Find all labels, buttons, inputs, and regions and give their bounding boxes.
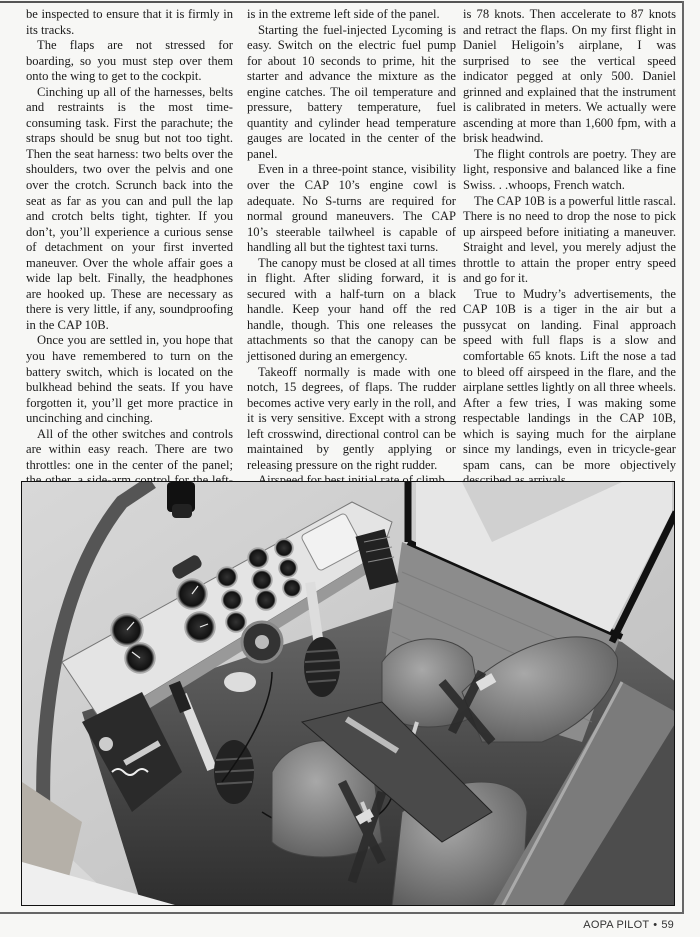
text-column-1: be inspected to ensure that it is firmly… bbox=[26, 7, 233, 505]
paragraph: The canopy must be closed at all times i… bbox=[247, 256, 456, 365]
right-rule bbox=[682, 1, 684, 914]
top-rule bbox=[0, 1, 684, 3]
paragraph: Even in a three-point stance, visibility… bbox=[247, 162, 456, 255]
paragraph: The flight controls are poetry. They are… bbox=[463, 147, 676, 194]
paragraph: Once you are settled in, you hope that y… bbox=[26, 333, 233, 426]
page-number: 59 bbox=[661, 919, 674, 931]
paragraph: Takeoff normally is made with one notch,… bbox=[247, 365, 456, 474]
bottom-rule bbox=[0, 912, 684, 914]
paragraph: The CAP 10B is a powerful little rascal.… bbox=[463, 194, 676, 287]
paragraph: be inspected to ensure that it is firmly… bbox=[26, 7, 233, 38]
page-footer: AOPA PILOT•59 bbox=[583, 919, 674, 931]
cockpit-photo bbox=[21, 481, 675, 906]
paragraph: is 78 knots. Then accelerate to 87 knots… bbox=[463, 7, 676, 147]
paragraph: Cinching up all of the harnesses, belts … bbox=[26, 85, 233, 334]
paragraph: The flaps are not stressed for boarding,… bbox=[26, 38, 233, 85]
paragraph: Starting the fuel-injected Lycoming is e… bbox=[247, 23, 456, 163]
text-column-3: is 78 knots. Then accelerate to 87 knots… bbox=[463, 7, 676, 505]
text-column-2: is in the extreme left side of the panel… bbox=[247, 7, 456, 489]
separator-bullet: • bbox=[653, 919, 657, 931]
publication-name: AOPA PILOT bbox=[583, 919, 649, 931]
paragraph: True to Mudry’s advertisements, the CAP … bbox=[463, 287, 676, 489]
paragraph: is in the extreme left side of the panel… bbox=[247, 7, 456, 23]
